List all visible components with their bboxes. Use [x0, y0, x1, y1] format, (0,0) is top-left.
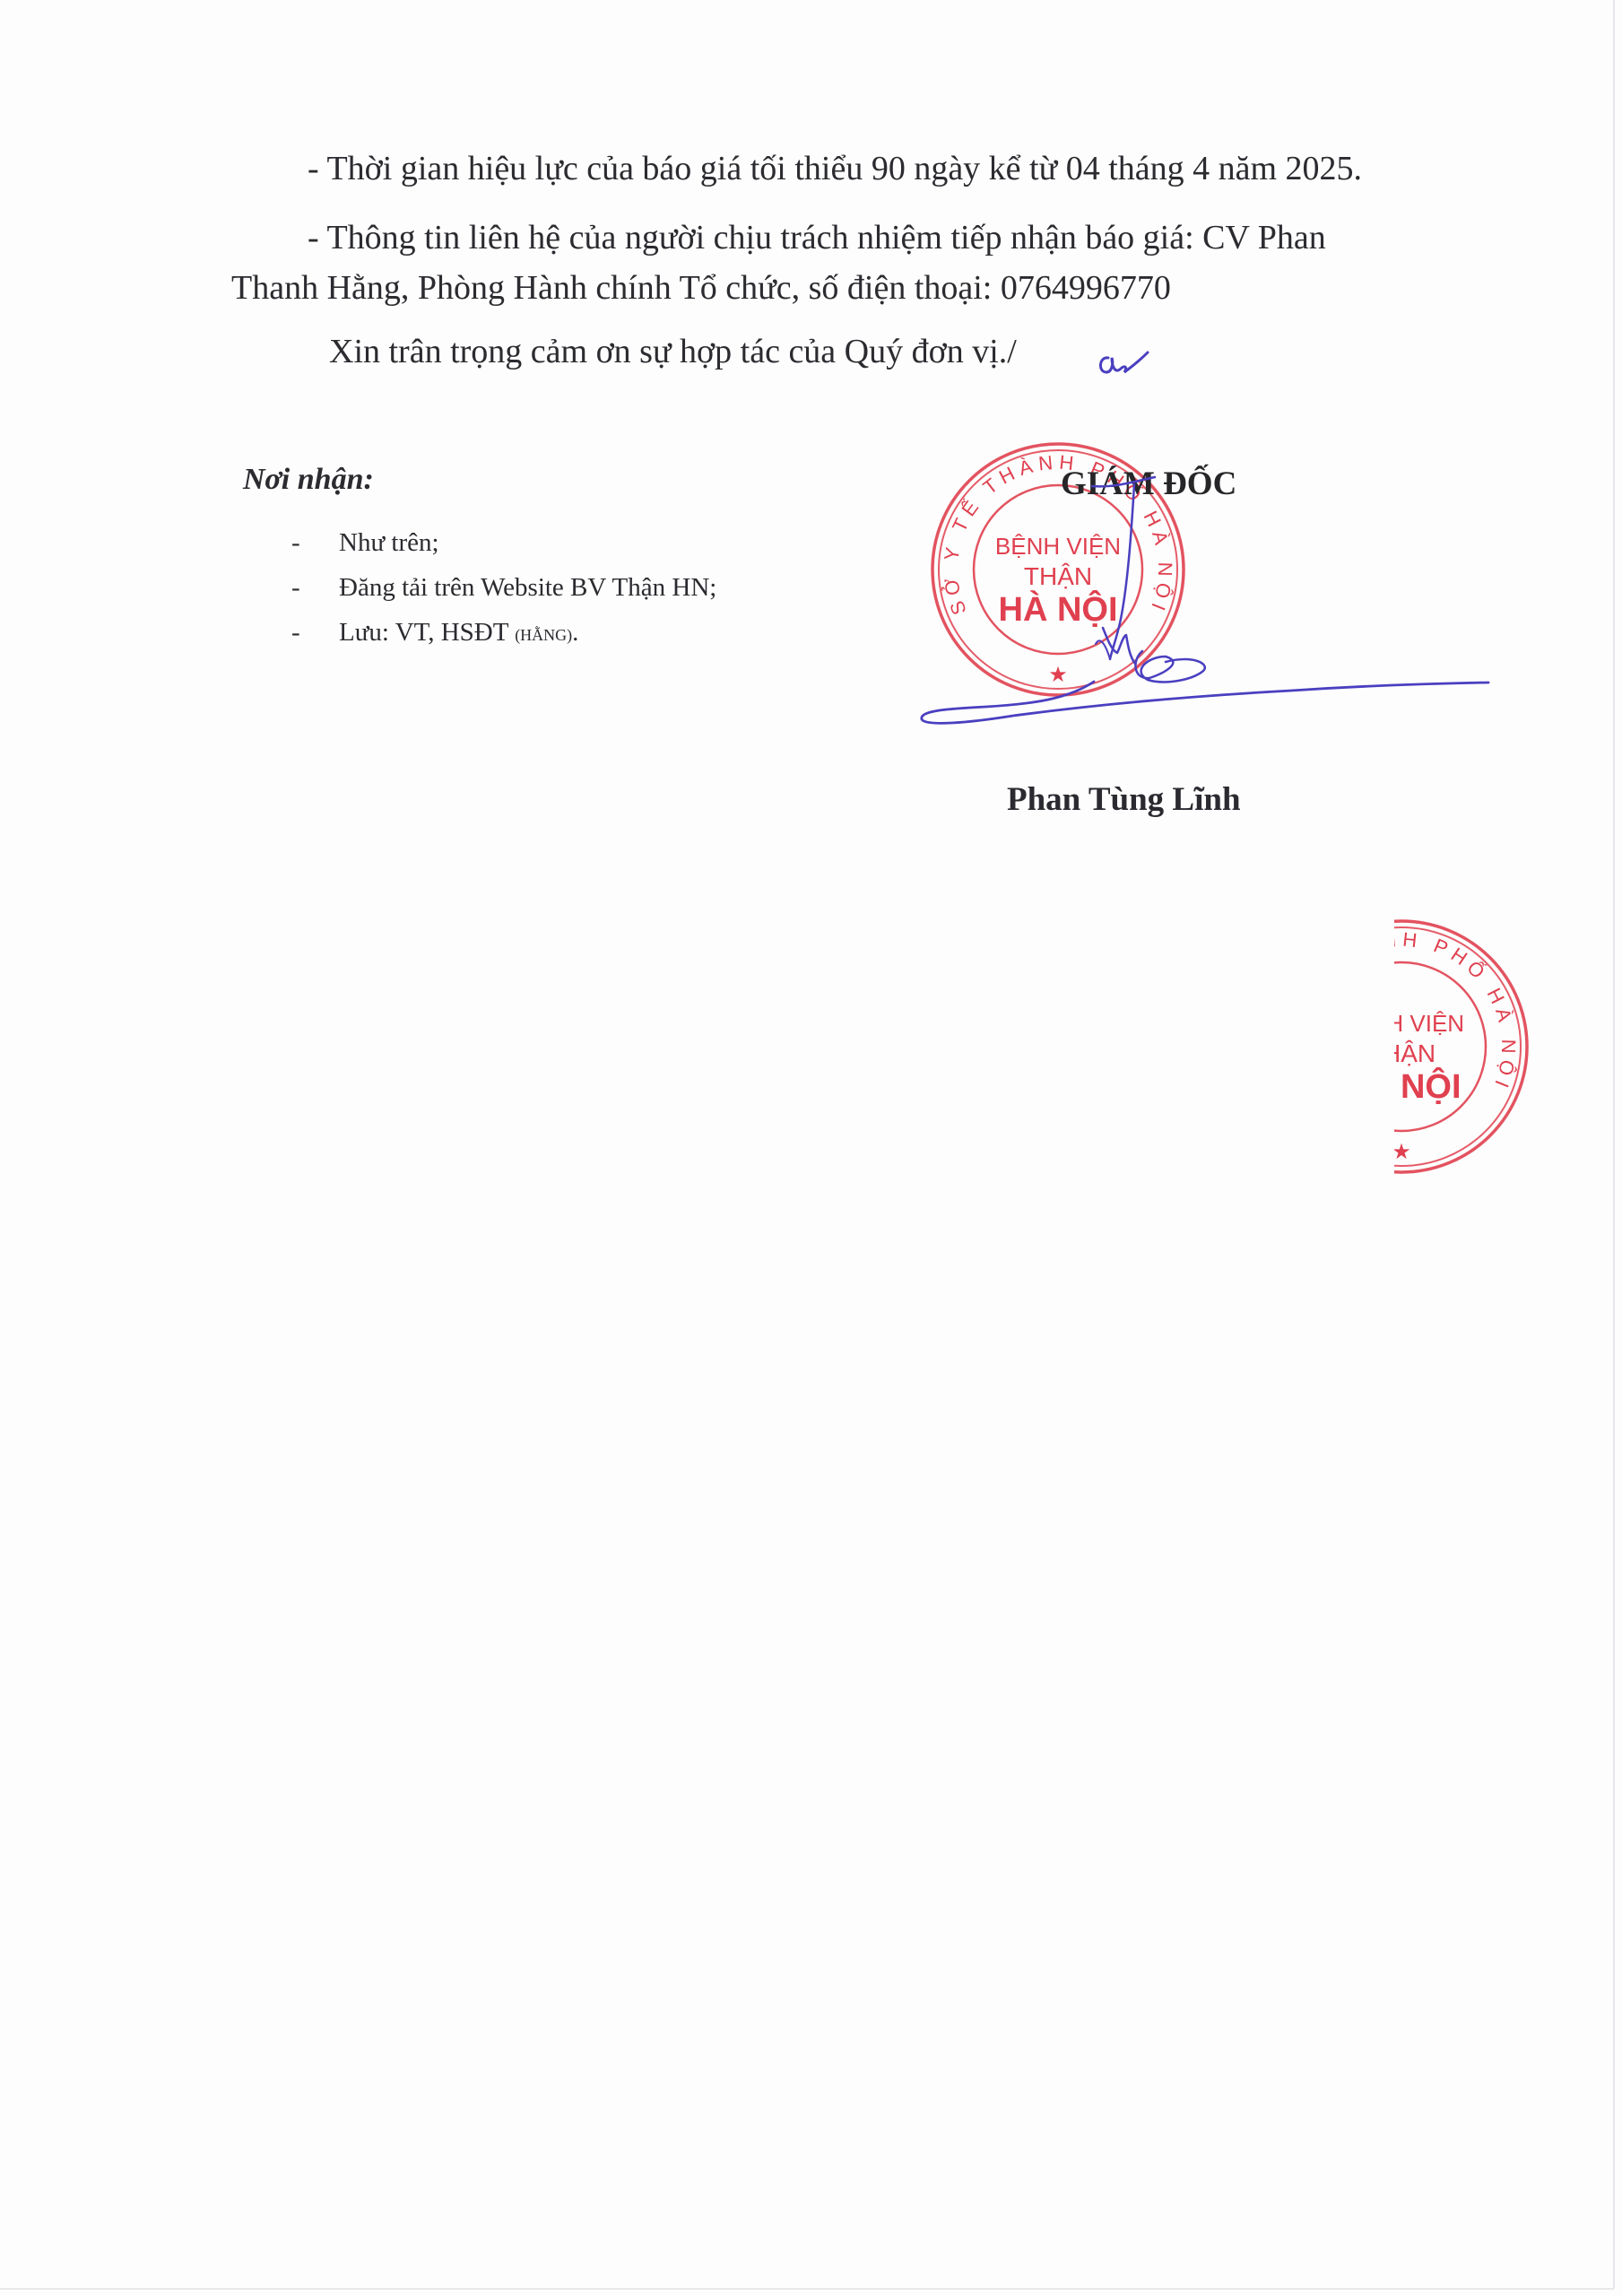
recipient-item: - Đăng tải trên Website BV Thận HN; [291, 572, 716, 617]
svg-text:THẬN: THẬN [1367, 1039, 1436, 1067]
list-dash: - [291, 572, 300, 603]
svg-text:THẬN: THẬN [1024, 562, 1092, 590]
recipient-text: Đăng tải trên Website BV Thận HN; [339, 573, 716, 602]
director-title: GIÁM ĐỐC [1061, 465, 1236, 503]
recipient-item: - Như trên; [291, 527, 716, 572]
recipient-item: - Lưu: VT, HSĐT (HẰNG). [291, 617, 716, 662]
svg-text:HÀ NỘI: HÀ NỘI [999, 588, 1118, 629]
svg-text:★: ★ [1048, 663, 1068, 687]
contact-paragraph-line2: Thanh Hằng, Phòng Hành chính Tổ chức, số… [231, 263, 1171, 314]
signer-name: Phan Tùng Lĩnh [1007, 780, 1241, 819]
initial-paraph-icon [1096, 345, 1149, 381]
list-dash: - [291, 617, 300, 648]
recipient-note: (HẰNG) [515, 626, 572, 644]
recipients-list: - Như trên; - Đăng tải trên Website BV T… [291, 527, 716, 662]
svg-text:BỆNH VIỆN: BỆNH VIỆN [1339, 1010, 1464, 1037]
recipient-suffix: . [572, 618, 578, 647]
page-edge-right [1613, 0, 1615, 2289]
svg-text:HÀ NỘI: HÀ NỘI [1342, 1065, 1462, 1106]
contact-paragraph-line1: - Thông tin liên hệ của người chịu trách… [308, 213, 1326, 264]
list-dash: - [291, 527, 300, 558]
recipient-text: Lưu: VT, HSĐT [339, 618, 508, 647]
svg-text:★: ★ [1392, 1140, 1411, 1164]
partial-seal-icon: SỞ Y TẾ THÀNH PHỐ HÀ NỘIBỆNH VIỆNTHẬNHÀ … [1271, 917, 1531, 1177]
thanks-paragraph: Xin trân trọng cảm ơn sự hợp tác của Quý… [329, 326, 1017, 378]
page-edge-bottom [0, 2288, 1614, 2290]
svg-text:BỆNH VIỆN: BỆNH VIỆN [995, 533, 1121, 560]
recipient-text: Như trên; [339, 528, 439, 557]
recipients-title: Nơi nhận: [243, 463, 374, 497]
validity-paragraph: - Thời gian hiệu lực của báo giá tối thi… [308, 143, 1362, 195]
